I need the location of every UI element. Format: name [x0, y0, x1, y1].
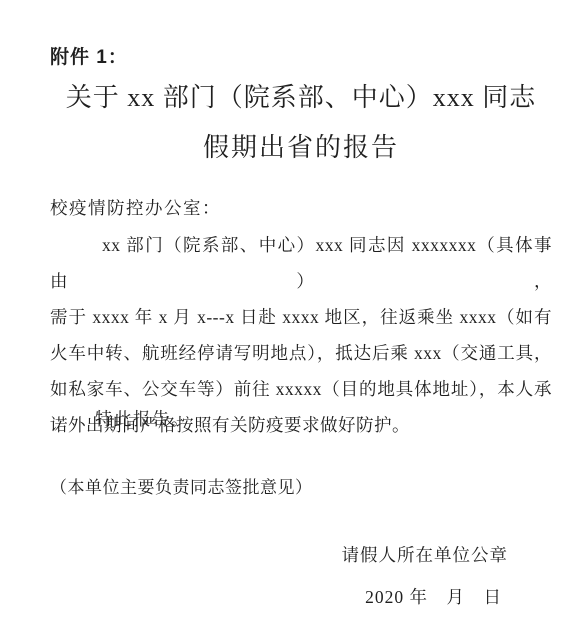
approval-note: （本单位主要负责同志签批意见）: [50, 477, 313, 499]
unit-seal-line: 请假人所在单位公章: [342, 544, 509, 566]
paragraph-line-3: 火车中转、航班经停请写明地点），抵达后乘 xxx（交通工具，: [50, 335, 552, 371]
salutation: 校疫情防控办公室：: [50, 197, 221, 219]
document-title-line1: 关于 xx 部门（院系部、中心）xxx 同志: [50, 83, 552, 113]
date-line: 2020 年 月 日: [365, 586, 502, 608]
document-title-line2: 假期出省的报告: [50, 133, 552, 163]
paragraph-line-4: 如私家车、公交车等）前往 xxxxx（目的地具体地址），本人承: [50, 371, 552, 407]
paragraph-line-1: xx 部门（院系部、中心）xxx 同志因 xxxxxxx（具体事由），: [50, 227, 552, 299]
paragraph-line-2: 需于 xxxx 年 x 月 x---x 日赴 xxxx 地区，往返乘坐 xxxx…: [50, 299, 552, 335]
document-page: 附件 1： 关于 xx 部门（院系部、中心）xxx 同志 假期出省的报告 校疫情…: [0, 0, 587, 621]
closing-statement: 特此报告。: [50, 408, 190, 430]
attachment-label: 附件 1：: [50, 47, 128, 69]
